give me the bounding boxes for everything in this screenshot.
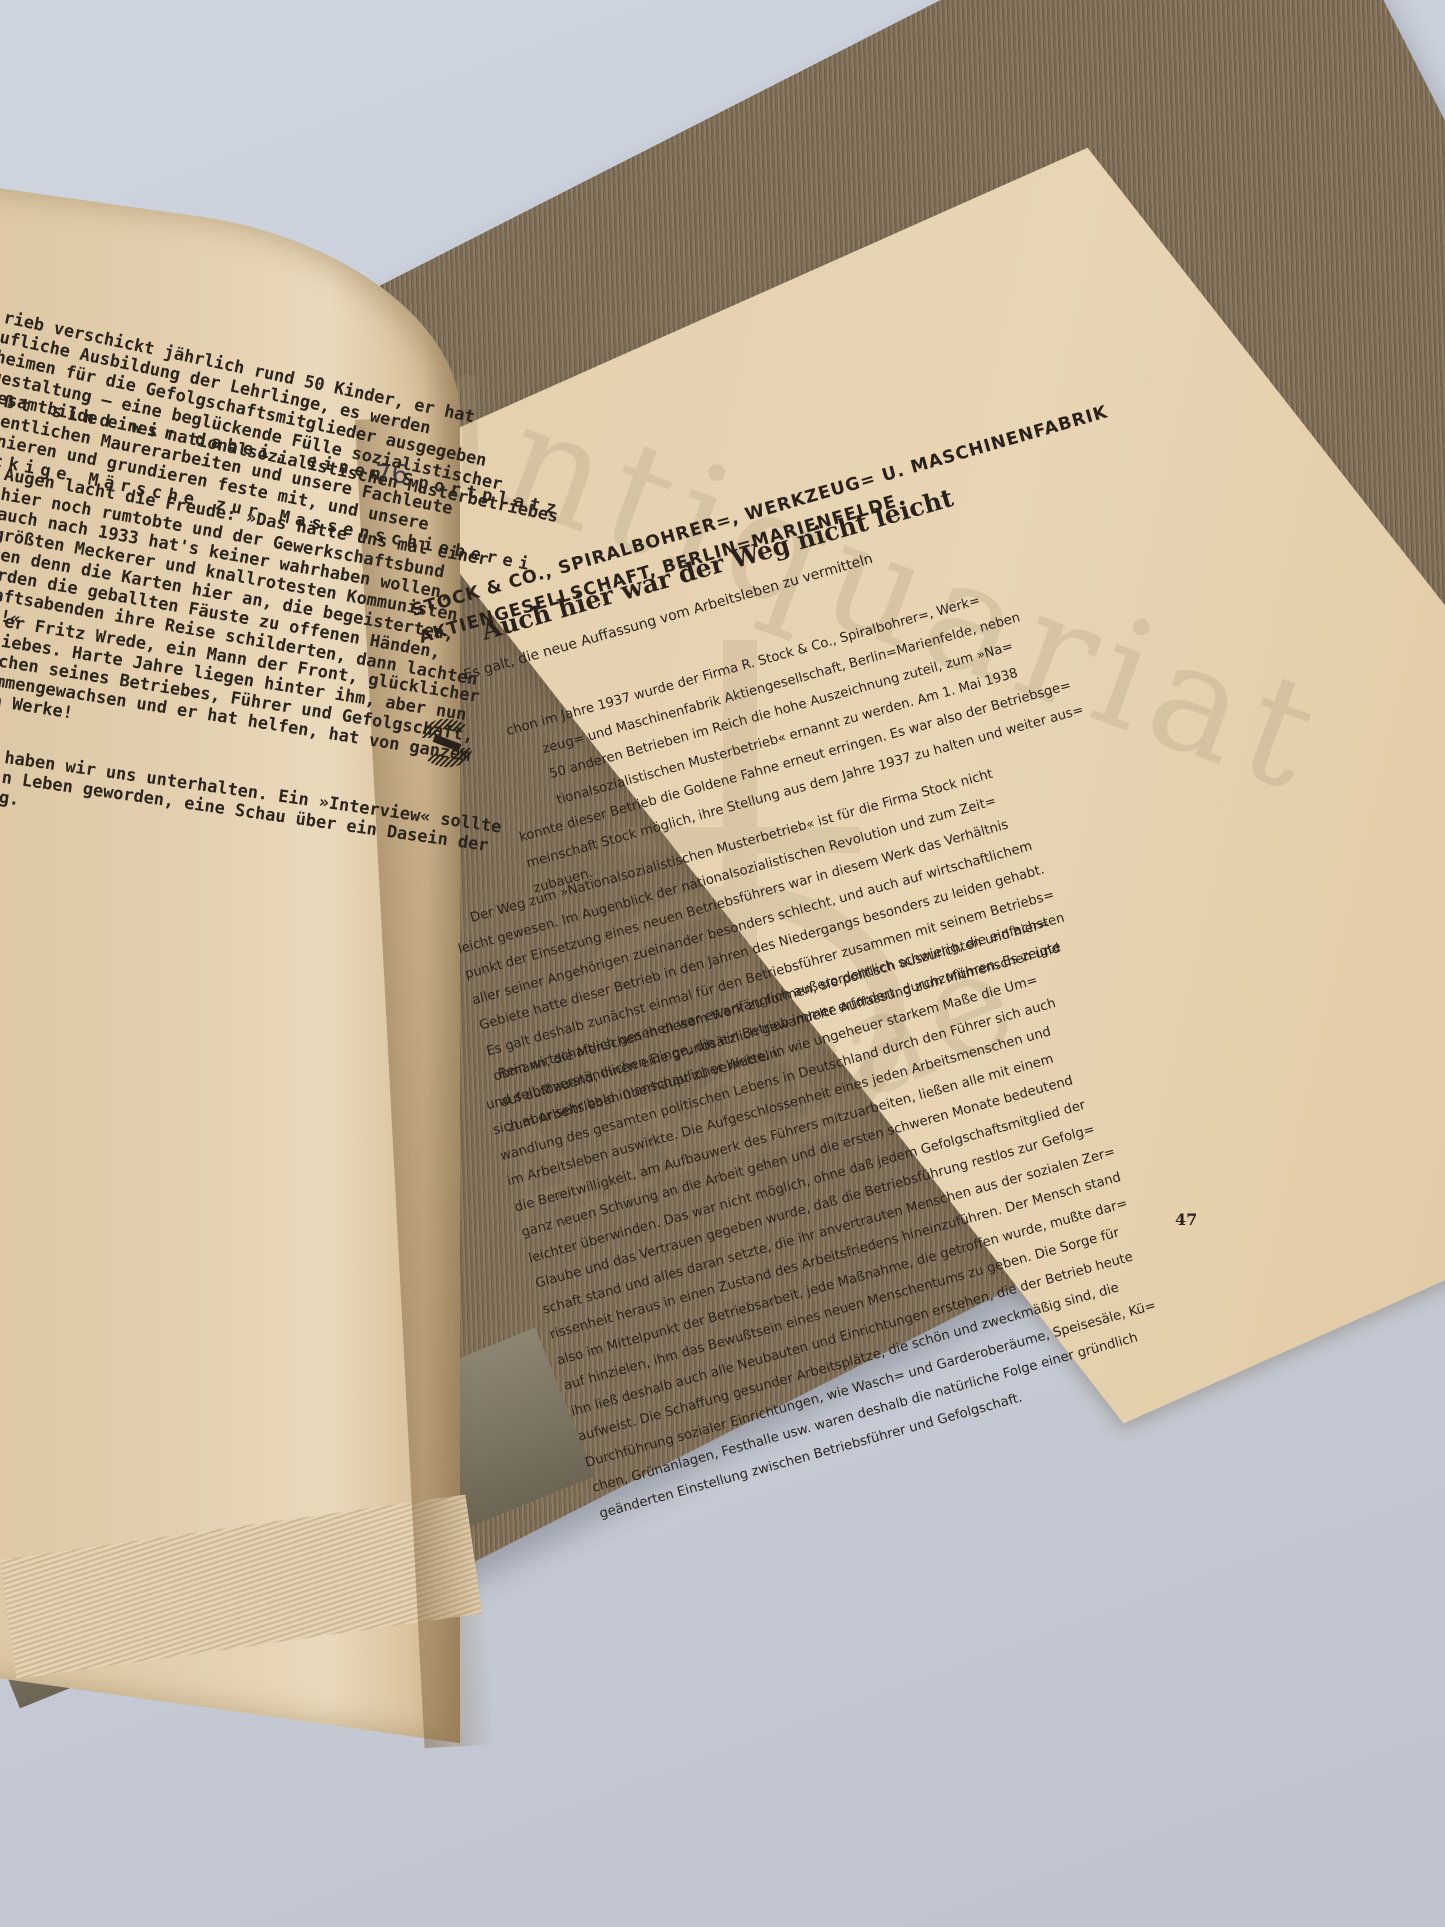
- page-number: 47: [1175, 1210, 1197, 1229]
- gear-swirl-logo-icon: [412, 708, 482, 778]
